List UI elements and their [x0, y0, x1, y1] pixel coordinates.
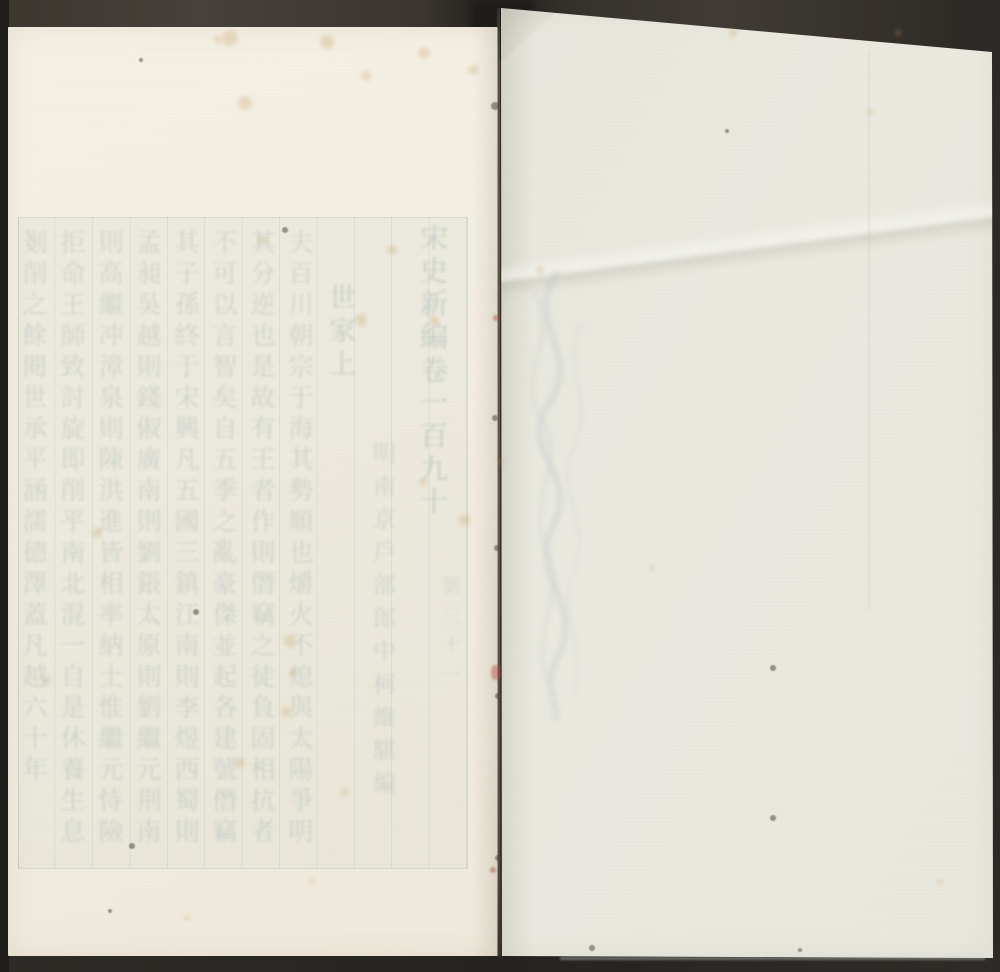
foxing-spot	[490, 867, 496, 873]
foxing-spot	[536, 266, 544, 274]
speck	[494, 545, 500, 551]
foxing-spot	[729, 29, 737, 37]
speck	[725, 129, 729, 133]
speck	[139, 58, 143, 62]
foxing-spot	[387, 245, 397, 255]
speck	[492, 415, 498, 421]
foxing-spot	[459, 514, 471, 526]
speck	[798, 948, 802, 952]
bleedthrough-title-column: 宋史新編卷一百九十	[418, 223, 446, 520]
bleedthrough-body-column: 其子孫終于宋興凡五國三鎮江南則李煜西蜀則	[173, 229, 198, 849]
speck	[108, 909, 112, 913]
scan-background: 宋史新編卷一百九十 劉三十一 明南京戶部郎中柯維騏編 世家上 夫百川朝宗于海其勢…	[0, 0, 1000, 972]
foxing-spot	[284, 635, 296, 647]
foxing-spot	[361, 71, 371, 81]
foxing-spot	[867, 109, 873, 115]
left-page: 宋史新編卷一百九十 劉三十一 明南京戶部郎中柯維騏編 世家上 夫百川朝宗于海其勢…	[8, 27, 498, 956]
spine-seam	[497, 8, 500, 957]
foxing-spot	[184, 915, 190, 921]
speck	[770, 815, 776, 821]
speck	[193, 609, 199, 615]
stitch-thread	[491, 665, 501, 680]
foxing-spot	[499, 459, 505, 465]
speck	[491, 102, 499, 110]
bleedthrough-ornament-pattern	[503, 263, 613, 723]
bleedthrough-body-column: 則高繼冲漳泉則陳洪進皆相率納土惟繼元恃險	[97, 229, 122, 849]
bleedthrough-body-column: 夫百川朝宗于海其勢順也爝火不熄與太陽爭明	[287, 229, 312, 849]
border-right-shade	[992, 0, 1000, 972]
speck	[282, 227, 288, 233]
foxing-spot	[258, 236, 266, 244]
foxing-spot	[222, 30, 238, 46]
speck	[589, 945, 595, 951]
speck	[495, 693, 501, 699]
foxing-spot	[238, 96, 252, 110]
foxing-spot	[214, 36, 222, 44]
foxing-spot	[43, 676, 51, 684]
foxing-spot	[320, 35, 334, 49]
foxing-spot	[419, 478, 427, 486]
bleedthrough-body-column: 其分逆也是故有王者作則僭竊之徒負固相抗者	[249, 229, 274, 849]
foxing-spot	[235, 758, 245, 768]
foxing-spot	[429, 316, 439, 326]
spine-shadow	[472, 27, 498, 956]
speck	[495, 855, 501, 861]
bleedthrough-body-column: 剗削之餘閱世承平涵濡德澤蓋凡越六十年	[21, 229, 46, 787]
bleedthrough-body-column: 孟昶吳越則錢俶廣南則劉鋹太原則劉繼元荆南	[135, 229, 160, 849]
speck	[770, 665, 776, 671]
foxing-spot	[309, 878, 315, 884]
foxing-spot	[341, 788, 349, 796]
bleedthrough-marginal-fragment: 劉三十一	[440, 575, 459, 695]
right-page	[501, 8, 993, 958]
foxing-spot	[649, 565, 655, 571]
foxing-spot	[937, 879, 943, 885]
foxing-spot	[281, 707, 291, 717]
foxing-spot	[418, 47, 430, 59]
foxing-spot	[289, 669, 297, 677]
bleedthrough-body-column: 不可以言智矣自五季之亂豪傑並起各建號僭竊	[211, 229, 236, 849]
foxing-spot	[468, 65, 478, 75]
foxing-spot	[92, 528, 102, 538]
underlying-sheet-edge	[868, 50, 870, 610]
foxing-spot	[355, 314, 367, 326]
bleedthrough-section-heading: 世家上	[326, 283, 353, 382]
bleedthrough-attribution-column: 明南京戶部郎中柯維騏編	[370, 441, 393, 804]
page-edge-highlight	[560, 957, 985, 960]
bleedthrough-body-column: 拒命王師致討旋即削平南北混一自是休養生息	[59, 229, 84, 849]
speck	[129, 843, 135, 849]
foxing-spot	[895, 30, 901, 36]
foxing-spot	[493, 315, 499, 321]
